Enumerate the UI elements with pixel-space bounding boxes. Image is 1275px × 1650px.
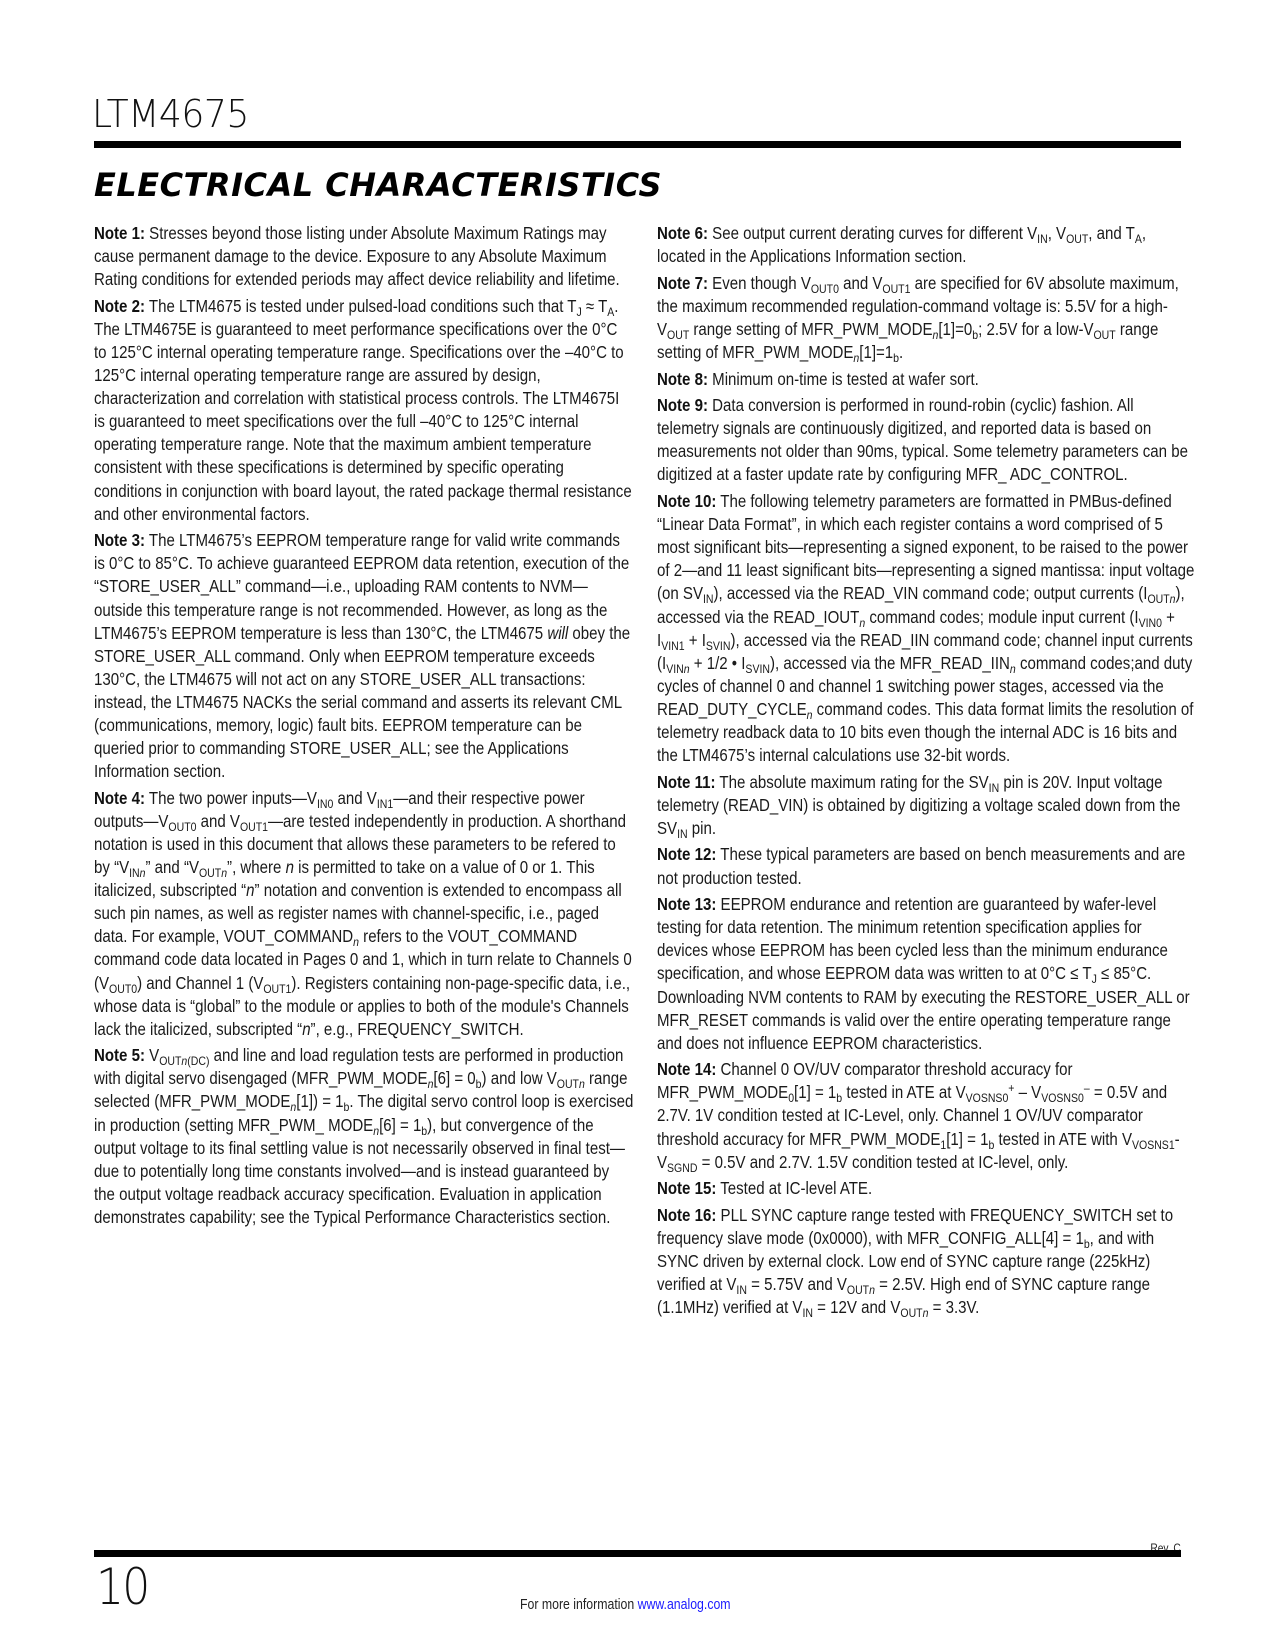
note-text: The absolute maximum rating for the SV xyxy=(716,772,989,792)
footer-info: For more information www.analog.com xyxy=(520,1596,731,1613)
note-label: Note 2: xyxy=(94,296,145,316)
note-paragraph: Note 6: See output current derating curv… xyxy=(657,222,1197,268)
note-text: = 0.5V and 2.7V. 1.5V condition tested a… xyxy=(697,1152,1068,1172)
note-text: Tested at IC-level ATE. xyxy=(716,1178,872,1198)
note-text: = 5.75V and V xyxy=(747,1274,847,1294)
note-text: [1] = 1 xyxy=(794,1082,836,1102)
note-text-sub: (DC) xyxy=(187,1054,209,1068)
note-paragraph: Note 1: Stresses beyond those listing un… xyxy=(94,222,634,291)
section-heading: ELECTRICAL CHARACTERISTICS xyxy=(94,166,662,204)
note-text: and V xyxy=(839,273,882,293)
note-text-i: n xyxy=(286,857,294,877)
note-text: and V xyxy=(196,811,239,831)
note-text-sub: IN xyxy=(677,827,688,841)
note-paragraph: Note 16: PLL SYNC capture range tested w… xyxy=(657,1204,1197,1319)
note-text: ; 2.5V for a low-V xyxy=(978,319,1093,339)
footer-divider xyxy=(94,1550,1181,1557)
note-text: + I xyxy=(685,630,706,650)
note-text: EEPROM endurance and retention are guara… xyxy=(657,894,1168,983)
note-text: [1] = 1 xyxy=(946,1129,988,1149)
note-text: ), accessed via the MFR_READ_IIN xyxy=(770,653,1010,673)
note-text: , V xyxy=(1048,223,1066,243)
note-text: + 1/2 • I xyxy=(690,653,746,673)
note-paragraph: Note 13: EEPROM endurance and retention … xyxy=(657,893,1197,1055)
note-text-sub: OUT xyxy=(1147,592,1169,606)
note-text: ≈ T xyxy=(582,296,608,316)
note-text-sub: OUT xyxy=(847,1283,869,1297)
note-text-sub: VIN xyxy=(666,662,684,676)
note-label: Note 16: xyxy=(657,1205,716,1225)
note-text: The LTM4675 is tested under pulsed-load … xyxy=(145,296,576,316)
note-text-i: will xyxy=(547,623,568,643)
footer-info-text: For more information xyxy=(520,1596,638,1613)
note-text: [1]=0 xyxy=(938,319,972,339)
note-text: ” and “V xyxy=(145,857,199,877)
note-text-sub: SGND xyxy=(667,1161,697,1175)
note-text: . The LTM4675E is guaranteed to meet per… xyxy=(94,296,632,524)
note-text: range setting of MFR_PWM_MODE xyxy=(689,319,932,339)
note-text: = 3.3V. xyxy=(928,1297,979,1317)
note-label: Note 13: xyxy=(657,894,716,914)
note-text-sub: VOSNS0 xyxy=(966,1091,1009,1105)
note-paragraph: Note 12: These typical parameters are ba… xyxy=(657,843,1197,889)
note-text: – V xyxy=(1014,1082,1041,1102)
note-text-sub: OUT0 xyxy=(168,820,196,834)
notes-column-left: Note 1: Stresses beyond those listing un… xyxy=(94,222,634,1233)
note-label: Note 11: xyxy=(657,772,716,792)
note-text-sub: OUT xyxy=(1066,232,1088,246)
note-text: V xyxy=(145,1045,159,1065)
page-number: 10 xyxy=(96,1558,148,1616)
note-text: Stresses beyond those listing under Abso… xyxy=(94,223,620,289)
note-text: pin. xyxy=(688,818,716,838)
note-text: [1]) = 1 xyxy=(296,1091,343,1111)
note-paragraph: Note 3: The LTM4675’s EEPROM temperature… xyxy=(94,529,634,783)
notes-list-right: Note 6: See output current derating curv… xyxy=(657,222,1197,1319)
note-text: See output current derating curves for d… xyxy=(708,223,1037,243)
note-text-sub: VIN0 xyxy=(1139,616,1162,630)
note-text: = 12V and V xyxy=(813,1297,900,1317)
note-text-sub: OUT xyxy=(159,1054,181,1068)
note-text-sub: OUT xyxy=(557,1077,579,1091)
note-text: Data conversion is performed in round-ro… xyxy=(657,395,1188,484)
note-text-sub: IN xyxy=(802,1306,813,1320)
note-text: [6] = 1 xyxy=(379,1115,421,1135)
note-text-sub: VOSNS0 xyxy=(1041,1091,1084,1105)
note-text-sub: OUT xyxy=(667,328,689,342)
note-paragraph: Note 7: Even though VOUT0 and VOUT1 are … xyxy=(657,272,1197,364)
note-label: Note 9: xyxy=(657,395,708,415)
note-text-sub: VOSNS1 xyxy=(1132,1138,1175,1152)
note-text: tested in ATE at V xyxy=(842,1082,965,1102)
note-text-sub: IN xyxy=(736,1283,747,1297)
note-text: These typical parameters are based on be… xyxy=(657,844,1185,887)
note-text-i: n xyxy=(246,880,254,900)
note-paragraph: Note 11: The absolute maximum rating for… xyxy=(657,771,1197,840)
note-text-sub: A xyxy=(1135,232,1142,246)
note-label: Note 15: xyxy=(657,1178,716,1198)
note-label: Note 10: xyxy=(657,491,716,511)
note-label: Note 14: xyxy=(657,1059,716,1079)
note-label: Note 8: xyxy=(657,369,708,389)
note-text: ) and Channel 1 (V xyxy=(137,973,263,993)
note-paragraph: Note 14: Channel 0 OV/UV comparator thre… xyxy=(657,1058,1197,1173)
note-label: Note 6: xyxy=(657,223,708,243)
note-text: ”, e.g., FREQUENCY_SWITCH. xyxy=(311,1019,524,1039)
note-text: . xyxy=(899,342,903,362)
note-text-sub: IN0 xyxy=(317,797,333,811)
note-paragraph: Note 15: Tested at IC-level ATE. xyxy=(657,1177,1197,1200)
note-text: [1]=1 xyxy=(859,342,893,362)
note-text: command codes; module input current (I xyxy=(865,607,1138,627)
note-text: and V xyxy=(333,788,376,808)
note-text-sub: OUT1 xyxy=(882,282,910,296)
note-text: [6] = 0 xyxy=(433,1068,475,1088)
note-text-sub: IN xyxy=(129,866,140,880)
note-text: The two power inputs—V xyxy=(145,788,317,808)
note-text: ) and low V xyxy=(482,1068,557,1088)
note-text-sub: SVIN xyxy=(706,639,731,653)
page-title: LTM4675 xyxy=(92,92,249,136)
note-paragraph: Note 5: VOUTn(DC) and line and load regu… xyxy=(94,1044,634,1229)
note-label: Note 4: xyxy=(94,788,145,808)
note-text-sub: OUT0 xyxy=(109,982,137,996)
note-label: Note 12: xyxy=(657,844,716,864)
note-paragraph: Note 8: Minimum on-time is tested at waf… xyxy=(657,368,1197,391)
website-link[interactable]: www.analog.com xyxy=(638,1596,731,1613)
note-text-sub: A xyxy=(607,305,614,319)
note-label: Note 5: xyxy=(94,1045,145,1065)
note-text-sub: OUT xyxy=(900,1306,922,1320)
note-text-sub: IN xyxy=(703,592,714,606)
note-text: Even though V xyxy=(708,273,811,293)
note-text-sub: IN xyxy=(1037,232,1048,246)
note-label: Note 7: xyxy=(657,273,708,293)
header-divider xyxy=(94,141,1181,148)
note-text: Minimum on-time is tested at wafer sort. xyxy=(708,369,979,389)
note-label: Note 3: xyxy=(94,530,145,550)
note-text: ”, where xyxy=(227,857,286,877)
note-paragraph: Note 2: The LTM4675 is tested under puls… xyxy=(94,295,634,526)
note-paragraph: Note 4: The two power inputs—VIN0 and VI… xyxy=(94,787,634,1041)
note-text-sub: SVIN xyxy=(745,662,770,676)
note-label: Note 1: xyxy=(94,223,145,243)
note-text: tested in ATE with V xyxy=(994,1129,1132,1149)
notes-list-left: Note 1: Stresses beyond those listing un… xyxy=(94,222,634,1229)
note-text: , and T xyxy=(1088,223,1135,243)
note-text-sub: OUT1 xyxy=(240,820,268,834)
note-text-sub: OUT0 xyxy=(811,282,839,296)
note-text-sub: OUT xyxy=(199,866,221,880)
note-text-sub: OUT xyxy=(1093,328,1115,342)
note-paragraph: Note 10: The following telemetry paramet… xyxy=(657,490,1197,767)
note-text-sub: IN1 xyxy=(377,797,393,811)
notes-column-right: Note 6: See output current derating curv… xyxy=(657,222,1197,1323)
note-text-sub: VIN1 xyxy=(661,639,684,653)
note-text-sub: OUT1 xyxy=(263,982,291,996)
note-text: ), accessed via the READ_VIN command cod… xyxy=(714,583,1148,603)
note-text-sub: IN xyxy=(989,781,1000,795)
note-paragraph: Note 9: Data conversion is performed in … xyxy=(657,394,1197,486)
note-text: obey the STORE_USER_ALL command. Only wh… xyxy=(94,623,630,782)
